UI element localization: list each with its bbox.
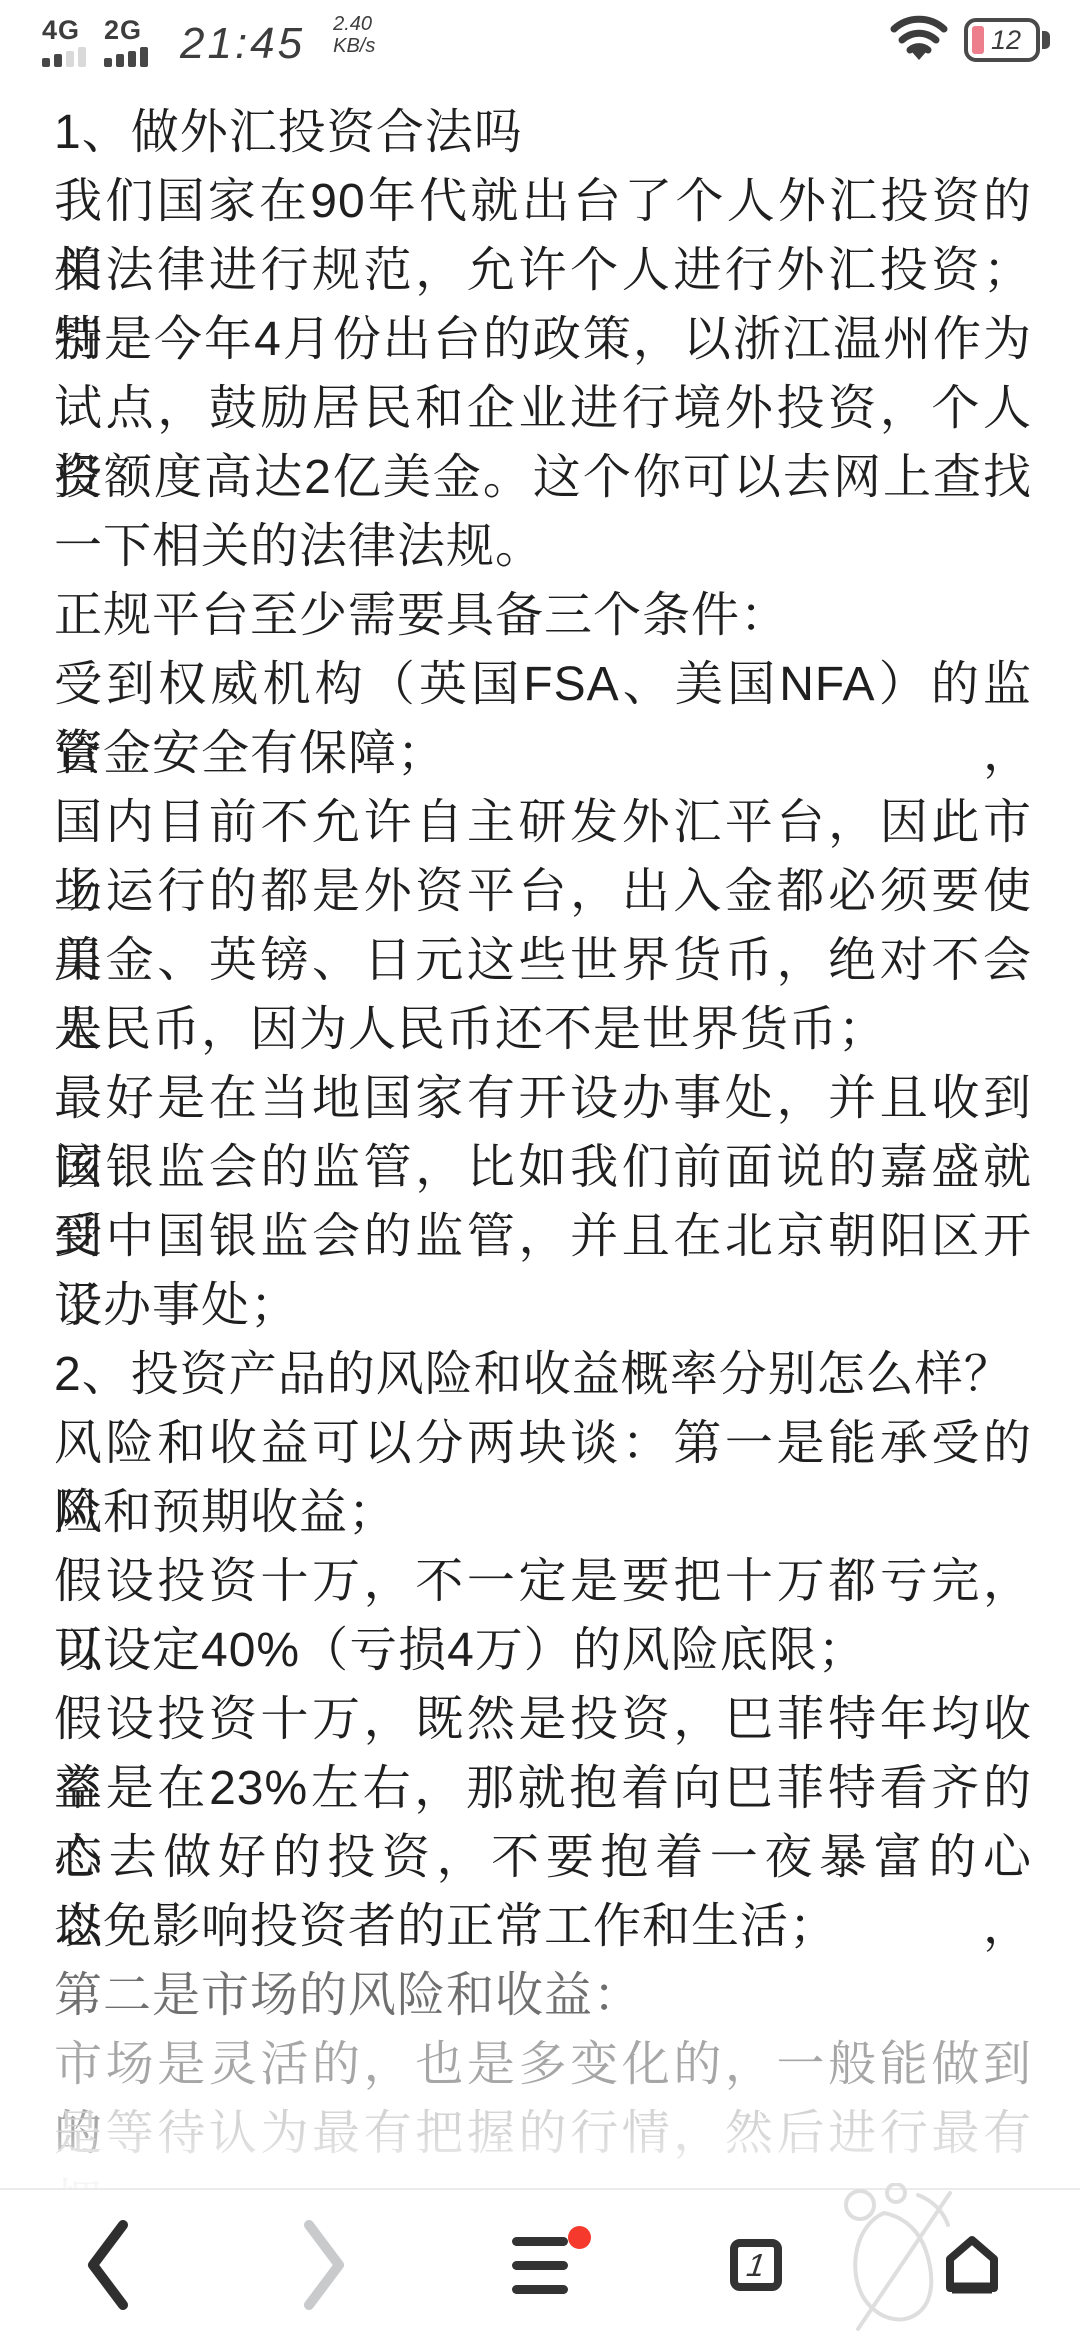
phone-screen: 4G 2G 21:45 2.40 KB/s: [0, 0, 1080, 2340]
text-line: 国银监会的监管，比如我们前面说的嘉盛就受: [54, 1133, 1032, 1202]
sim2-network-label: 2G: [104, 17, 142, 44]
text-line: 关法律进行规范，允许个人进行外汇投资；特: [54, 236, 1032, 305]
text-line: 上运行的都是外资平台，出入金都必须要使用: [54, 857, 1032, 926]
text-line: 正规平台至少需要具备三个条件：: [54, 581, 1032, 650]
tabs-button[interactable]: 1: [648, 2190, 864, 2340]
text-line: 率是在23%左右，那就抱着向巴菲特看齐的心: [54, 1754, 1032, 1823]
text-line: 资额度高达2亿美金。这个你可以去网上查找: [54, 443, 1032, 512]
text-line: 风险和收益可以分两块谈：第一是能承受的风: [54, 1409, 1032, 1478]
text-line: 最好是在当地国家有开设办事处，并且收到该: [54, 1064, 1032, 1133]
status-right: 12: [890, 14, 1050, 67]
forward-chevron-icon: [301, 2219, 347, 2311]
text-line: 以设定40%（亏损4万）的风险底限；: [54, 1616, 1032, 1685]
text-line: 了办事处；: [54, 1271, 1032, 1340]
text-line: 试点，鼓励居民和企业进行境外投资，个人投: [54, 374, 1032, 443]
text-line: 态去做好的投资，不要抱着一夜暴富的心态，: [54, 1823, 1032, 1892]
tab-count: 1: [744, 2247, 767, 2284]
text-line: 美金、英镑、日元这些世界货币，绝对不会是: [54, 926, 1032, 995]
text-line: 是等待认为最有把握的行情，然后进行最有把: [54, 2099, 1032, 2168]
forward-button[interactable]: [216, 2190, 432, 2340]
battery-percent: 12: [983, 25, 1021, 56]
text-line: 市场是灵活的，也是多变化的，一般能做到的: [54, 2030, 1032, 2099]
text-line: 人民币，因为人民币还不是世界货币；: [54, 995, 1032, 1064]
battery-tip: [1042, 31, 1050, 49]
battery-body: 12: [964, 18, 1040, 62]
network-speed-value: 2.40: [333, 13, 372, 35]
back-chevron-icon: [85, 2219, 131, 2311]
sim2-signal-indicator: 2G: [104, 17, 148, 67]
battery-indicator: 12: [964, 18, 1050, 62]
text-line: 假设投资十万，不一定是要把十万都亏完，可: [54, 1547, 1032, 1616]
home-button[interactable]: [864, 2190, 1080, 2340]
browser-toolbar: 1: [0, 2188, 1080, 2340]
text-line: 到中国银监会的监管，并且在北京朝阳区开设: [54, 1202, 1032, 1271]
notification-dot: [568, 2226, 591, 2249]
document-text[interactable]: 1、做外汇投资合法吗我们国家在90年代就出台了个人外汇投资的相关法律进行规范，允…: [0, 80, 1080, 2188]
text-line: 一下相关的法律法规。: [54, 512, 1032, 581]
text-line: 我们国家在90年代就出台了个人外汇投资的相: [54, 167, 1032, 236]
text-line: 2、投资产品的风险和收益概率分别怎么样？: [54, 1340, 1032, 1409]
text-line: 假设投资十万，既然是投资，巴菲特年均收益: [54, 1685, 1032, 1754]
text-line: 险和预期收益；: [54, 1478, 1032, 1547]
text-line: 别是今年4月份出台的政策，以浙江温州作为: [54, 305, 1032, 374]
text-line: 受到权威机构（英国FSA、美国NFA）的监管，: [54, 650, 1032, 719]
menu-button[interactable]: [432, 2190, 648, 2340]
status-bar: 4G 2G 21:45 2.40 KB/s: [0, 0, 1080, 80]
text-line: 国内目前不允许自主研发外汇平台，因此市场: [54, 788, 1032, 857]
back-button[interactable]: [0, 2190, 216, 2340]
wifi-icon: [890, 14, 948, 67]
home-icon: [945, 2235, 999, 2295]
text-line: 1、做外汇投资合法吗: [54, 98, 1032, 167]
sim1-network-label: 4G: [42, 17, 80, 44]
sim2-signal-bars-icon: [104, 47, 148, 67]
tabs-icon: 1: [730, 2239, 782, 2291]
network-speed: 2.40 KB/s: [333, 13, 375, 57]
sim1-signal-bars-icon: [42, 47, 86, 67]
network-speed-unit: KB/s: [333, 35, 375, 57]
text-line: 第二是市场的风险和收益：: [54, 1961, 1032, 2030]
status-left: 4G 2G 21:45 2.40 KB/s: [42, 11, 375, 69]
menu-icon: [512, 2237, 568, 2294]
sim1-signal-indicator: 4G: [42, 17, 86, 67]
clock: 21:45: [180, 19, 305, 69]
